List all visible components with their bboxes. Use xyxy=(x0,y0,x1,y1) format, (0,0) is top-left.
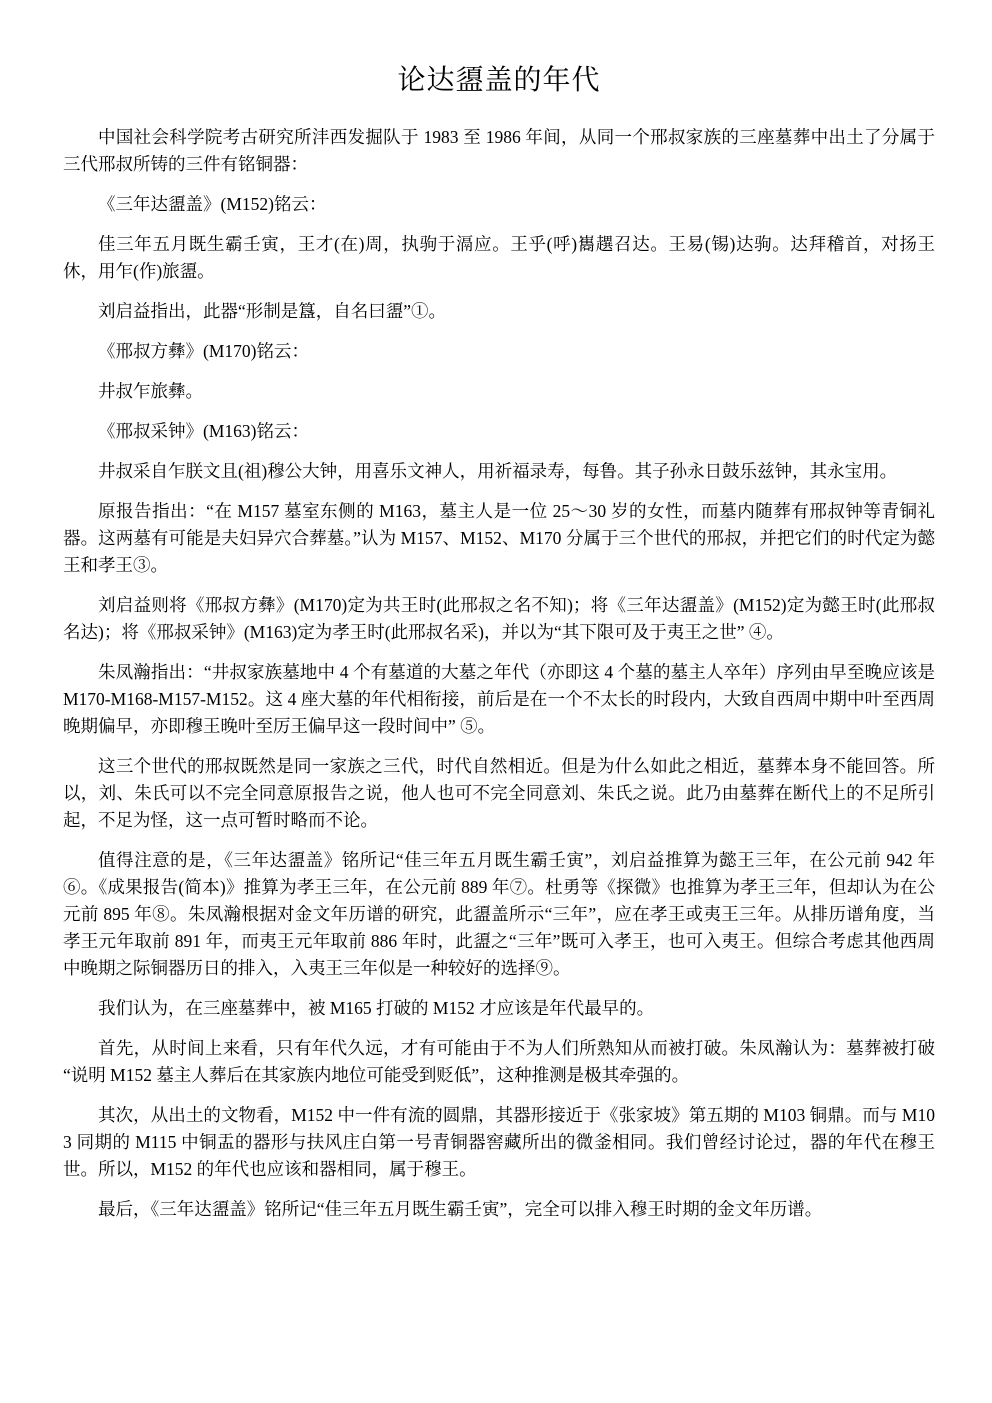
page-title: 论达盨盖的年代 xyxy=(63,58,935,98)
paragraph-first-argument: 首先，从时间上来看，只有年代久远，才有可能由于不为人们所熟知从而被打破。朱凤瀚认… xyxy=(63,1035,935,1089)
paragraph-our-view: 我们认为，在三座墓葬中，被 M165 打破的 M152 才应该是年代最早的。 xyxy=(63,995,935,1022)
paragraph-liuqiyi-dating: 刘启益则将《邢叔方彝》(M170)定为共王时(此邢叔之名不知)；将《三年达盨盖》… xyxy=(63,592,935,646)
paragraph-date-calculations: 值得注意的是，《三年达盨盖》铭所记“佳三年五月既生霸壬寅”，刘启益推算为懿王三年… xyxy=(63,847,935,982)
paragraph-m163-heading: 《邢叔采钟》(M163)铭云： xyxy=(63,418,935,445)
document-page: 论达盨盖的年代 中国社会科学院考古研究所沣西发掘队于 1983 至 1986 年… xyxy=(0,0,992,1403)
paragraph-zhufenghan-view: 朱凤瀚指出：“井叔家族墓地中 4 个有墓道的大墓之年代（亦即这 4 个墓的墓主人… xyxy=(63,659,935,740)
paragraph-liuqiyi-note: 刘启益指出，此器“形制是簋，自名曰盨”①。 xyxy=(63,298,935,325)
paragraph-m170-inscription: 井叔乍旅彝。 xyxy=(63,378,935,405)
paragraph-m170-heading: 《邢叔方彝》(M170)铭云： xyxy=(63,338,935,365)
paragraph-second-argument: 其次，从出土的文物看，M152 中一件有流的圆鼎，其器形接近于《张家坡》第五期的… xyxy=(63,1102,935,1183)
paragraph-final-argument: 最后，《三年达盨盖》铭所记“佳三年五月既生霸壬寅”，完全可以排入穆王时期的金文年… xyxy=(63,1196,935,1223)
paragraph-m152-inscription: 佳三年五月既生霸壬寅，王才(在)周，执驹于滆应。王乎(呼)巂趩召达。王易(锡)达… xyxy=(63,231,935,285)
paragraph-original-report: 原报告指出：“在 M157 墓室东侧的 M163，墓主人是一位 25～30 岁的… xyxy=(63,498,935,579)
paragraph-m152-heading: 《三年达盨盖》(M152)铭云： xyxy=(63,191,935,218)
paragraph-intro: 中国社会科学院考古研究所沣西发掘队于 1983 至 1986 年间，从同一个邢叔… xyxy=(63,124,935,178)
paragraph-three-generations: 这三个世代的邢叔既然是同一家族之三代，时代自然相近。但是为什么如此之相近，墓葬本… xyxy=(63,753,935,834)
paragraph-m163-inscription: 井叔采自乍朕文且(祖)穆公大钟，用喜乐文神人，用祈福录寿，每鲁。其子孙永日鼓乐兹… xyxy=(63,458,935,485)
